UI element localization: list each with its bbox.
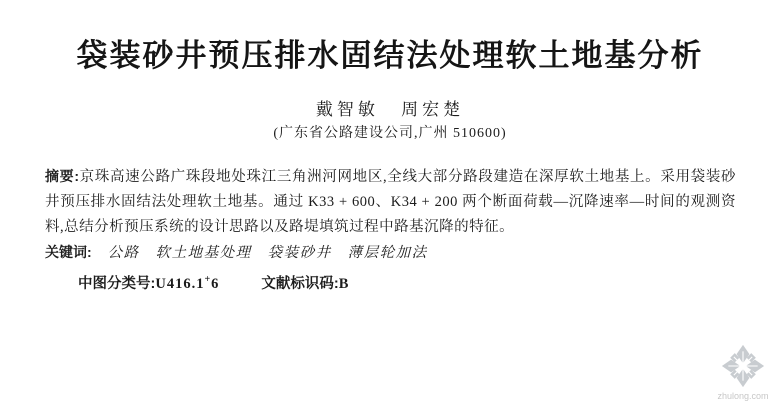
paper-title: 袋装砂井预压排水固结法处理软土地基分析 — [0, 34, 780, 78]
author-line: 戴智敏 周宏楚 — [0, 99, 780, 121]
doc-code-value: B — [339, 276, 350, 292]
zhulong-logo-icon — [721, 344, 765, 393]
author-name: 戴智敏 — [316, 100, 379, 119]
abstract-paragraph: 摘要:京珠高速公路广珠段地处珠江三角洲河网地区,全线大部分路段建造在深厚软土地基… — [45, 164, 736, 240]
clc-label: 中图分类号: — [78, 276, 155, 292]
abstract-label: 摘要: — [45, 168, 80, 184]
watermark: zhulong.com — [709, 344, 777, 402]
keywords-label: 关键词: — [45, 244, 92, 260]
keyword: 公路 — [108, 245, 140, 261]
classification-line: 中图分类号:U416.1+6文献标识码:B — [78, 267, 736, 297]
keyword: 软土地基处理 — [156, 245, 252, 261]
doc-code-label: 文献标识码: — [261, 276, 338, 292]
keyword: 袋装砂井 — [268, 245, 332, 261]
keywords-line: 关键词:公路软土地基处理袋装砂井薄层轮加法 — [45, 240, 736, 266]
abstract-text: 京珠高速公路广珠段地处珠江三角洲河网地区,全线大部分路段建造在深厚软土地基上。采… — [45, 169, 736, 235]
keyword: 薄层轮加法 — [348, 245, 428, 261]
affiliation-line: (广东省公路建设公司,广州 510600) — [0, 124, 780, 144]
clc-value: U416.1+6 — [155, 276, 219, 292]
watermark-site-text: zhulong.com — [717, 391, 768, 402]
paper-page: 袋装砂井预压排水固结法处理软土地基分析 戴智敏 周宏楚 (广东省公路建设公司,广… — [0, 0, 780, 297]
author-name: 周宏楚 — [401, 100, 464, 119]
